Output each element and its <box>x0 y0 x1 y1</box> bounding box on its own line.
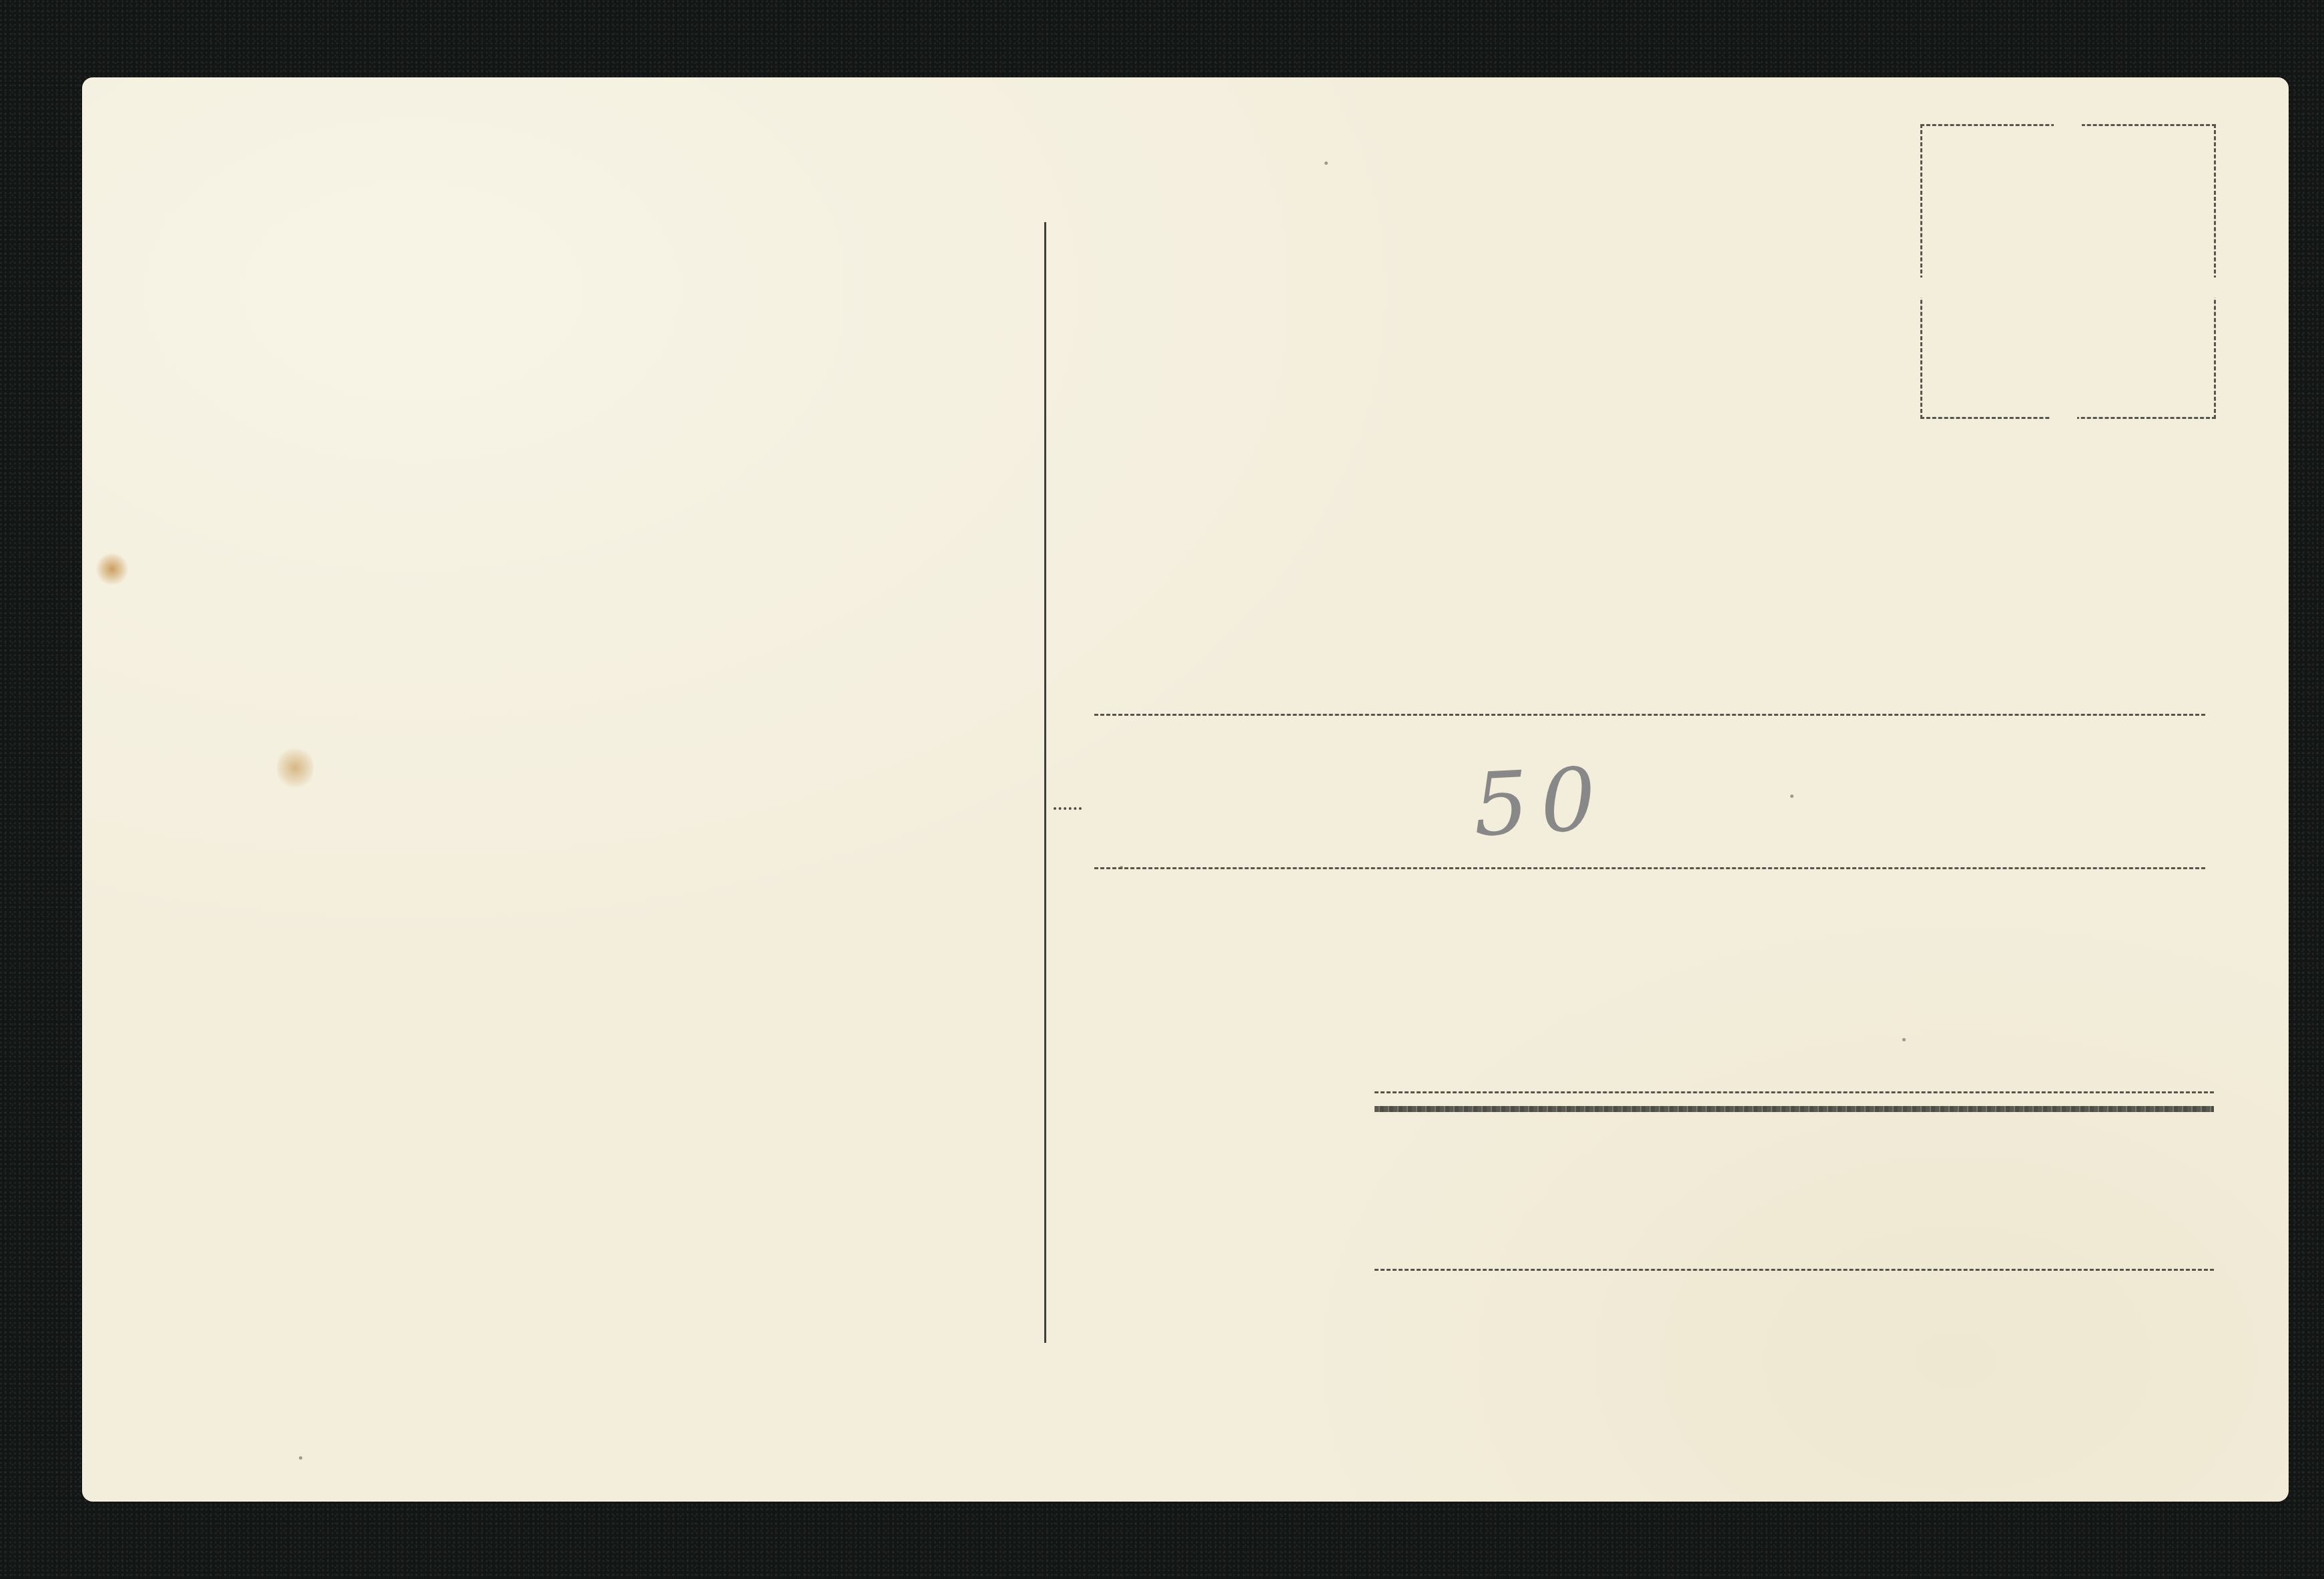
stamp-box-gap-bottom <box>2050 412 2077 419</box>
paper-speck <box>1902 1038 1906 1041</box>
stamp-placeholder-box <box>1920 124 2216 419</box>
stamp-box-gap-left <box>1918 278 1924 298</box>
postcard-back: 50 <box>82 77 2289 1502</box>
center-divider-line <box>1044 222 1046 1343</box>
address-line-4-thick <box>1375 1106 2214 1112</box>
address-line-2 <box>1094 867 2205 869</box>
paper-speck <box>1324 161 1328 165</box>
divider-tick-mark <box>1054 807 1082 810</box>
address-line-1 <box>1094 714 2205 716</box>
foxing-stain-1 <box>95 552 129 586</box>
paper-speck <box>1120 866 1123 869</box>
pencil-note-text: 50 <box>1471 748 1610 856</box>
address-line-5 <box>1375 1269 2214 1271</box>
paper-speck <box>299 1456 302 1460</box>
paper-speck <box>1790 795 1794 798</box>
foxing-stain-2 <box>277 744 314 791</box>
stamp-box-gap-top <box>2054 121 2082 128</box>
address-line-3 <box>1375 1091 2214 1093</box>
stamp-box-gap-right <box>2210 278 2217 298</box>
